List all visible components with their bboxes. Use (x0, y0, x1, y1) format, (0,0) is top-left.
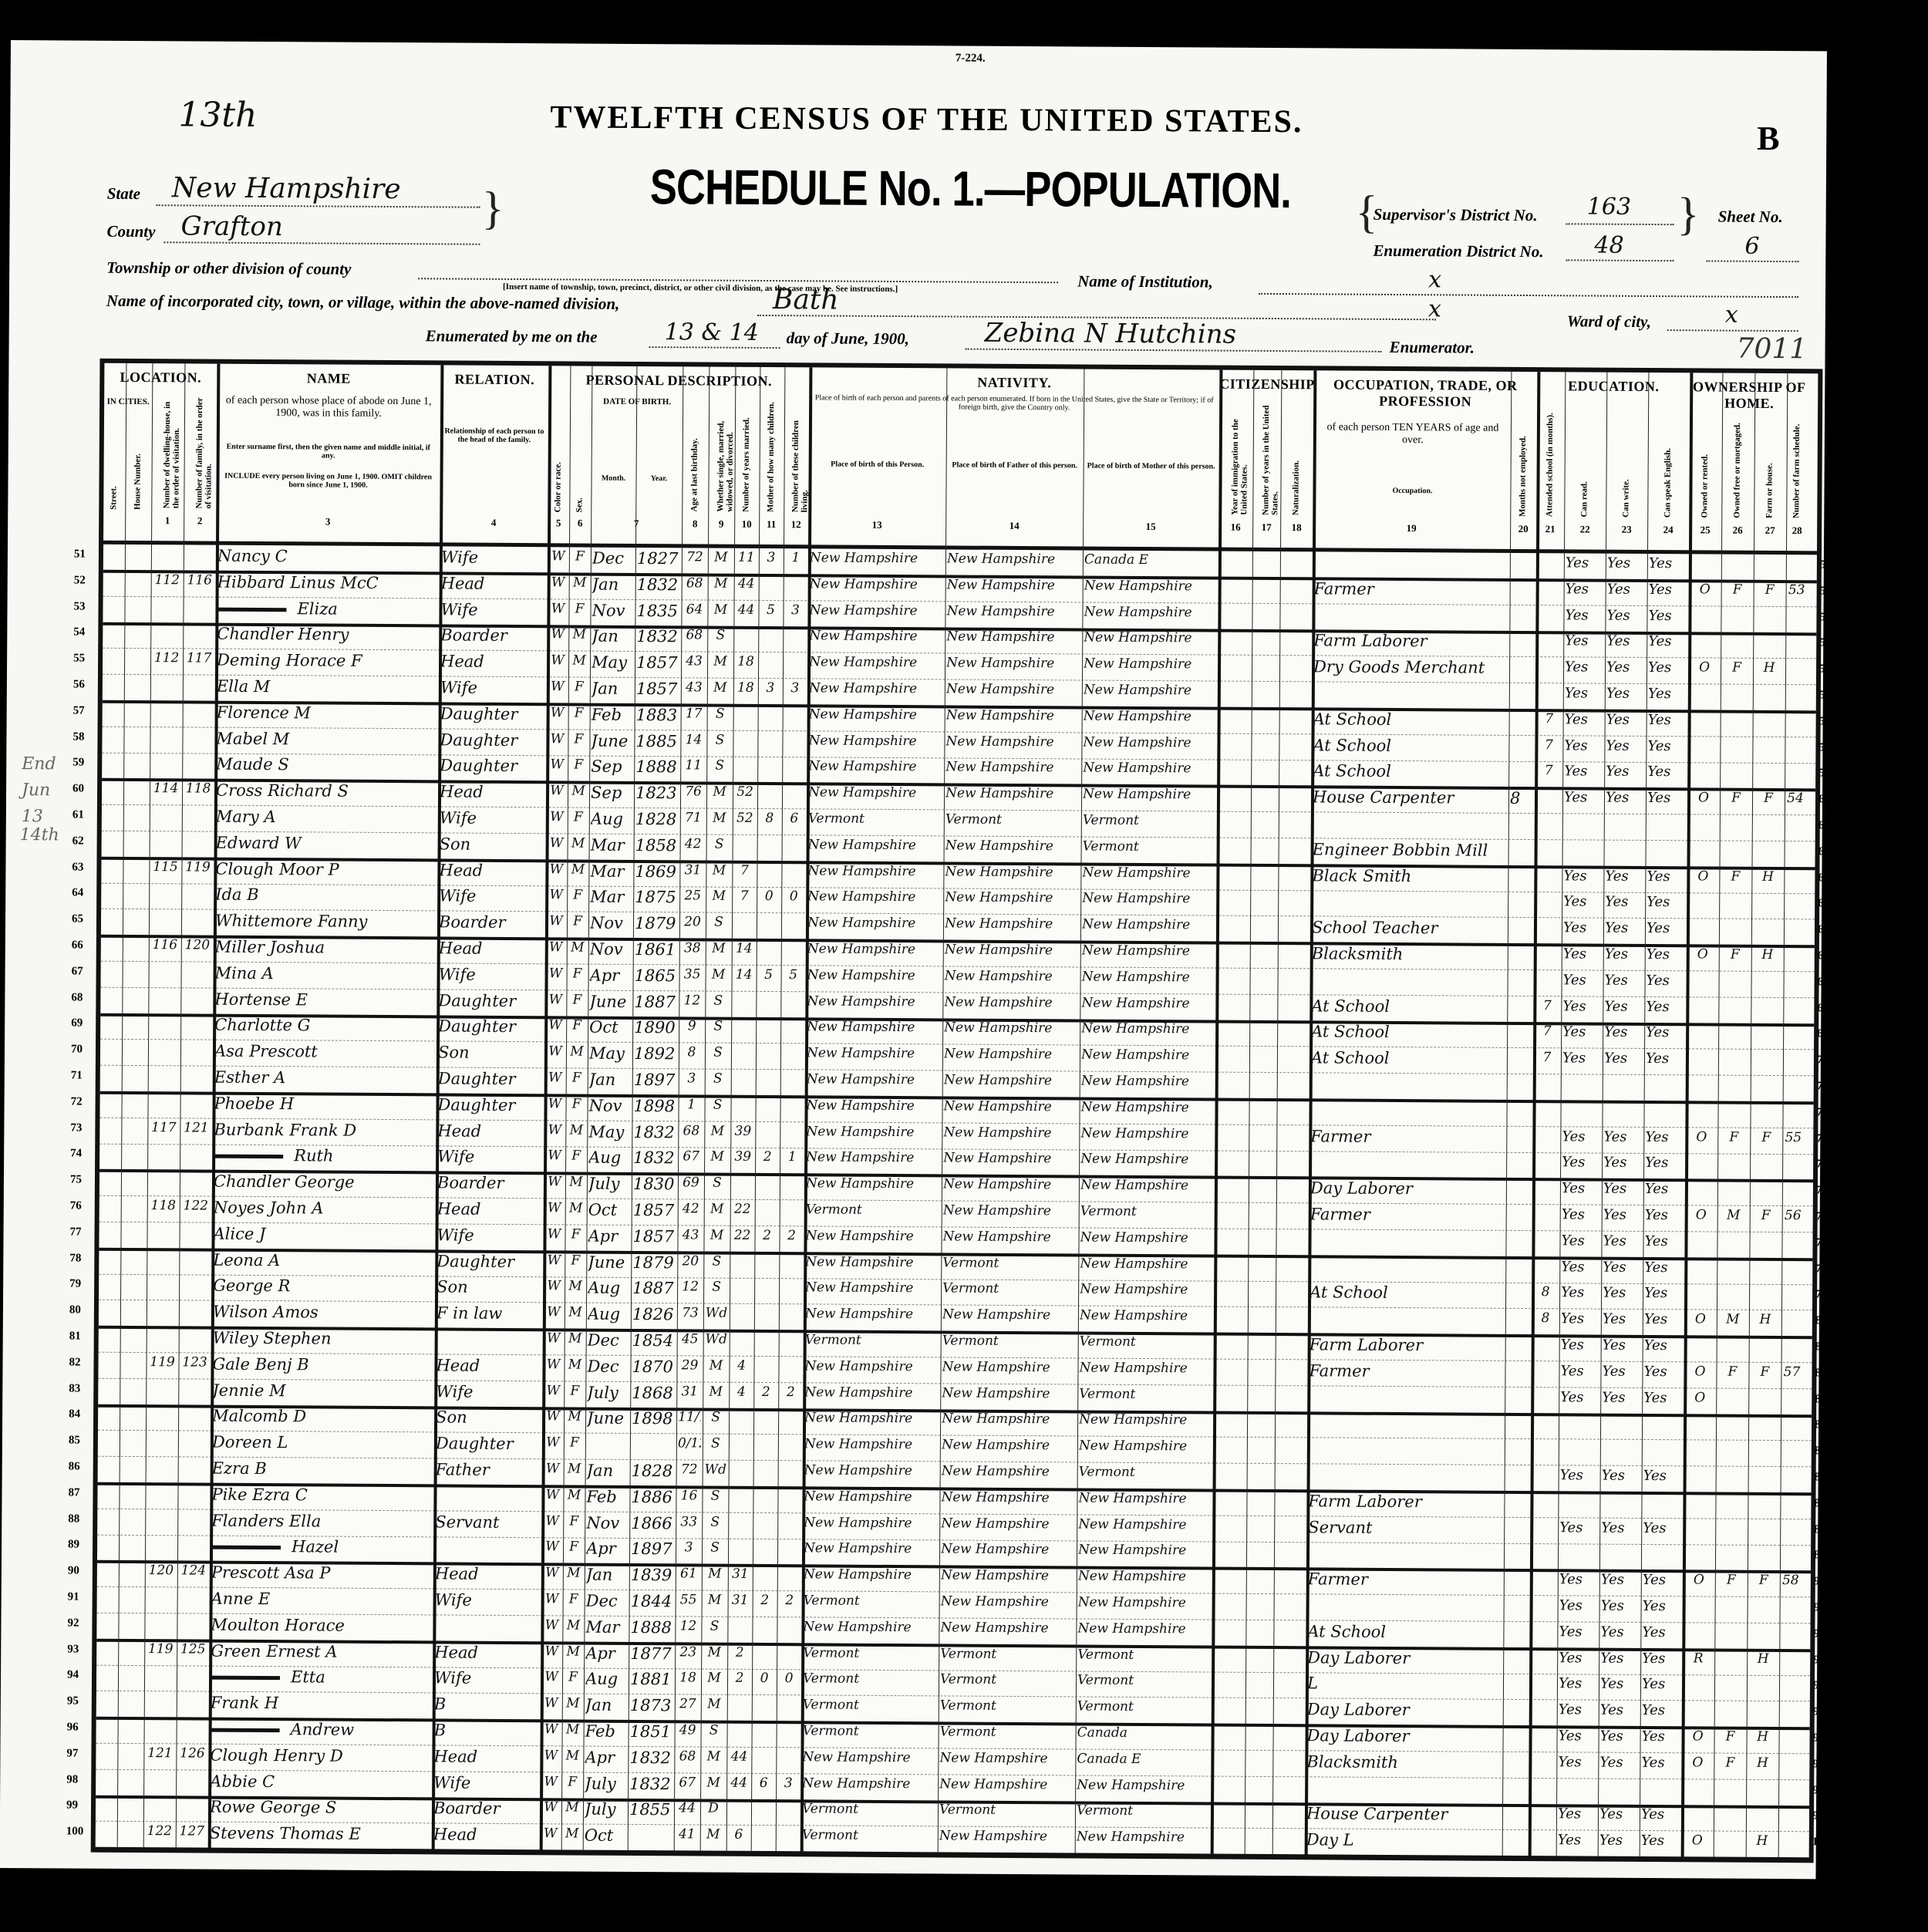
column-number: 6 (569, 517, 591, 529)
cell-occupation: At School (1313, 710, 1508, 730)
cell-read: Yes (1561, 1310, 1599, 1327)
cell-year: 1887 (632, 1279, 676, 1297)
group-name: NAME (217, 370, 440, 388)
cell-write: Yes (1600, 1702, 1639, 1718)
cell-name: Mabel M (216, 729, 436, 749)
line-number-right: 70 (1817, 1054, 1829, 1067)
cell-speak: Yes (1647, 920, 1685, 936)
cell-pob: New Hampshire (807, 915, 942, 932)
cell-pob-mother: New Hampshire (1081, 1021, 1214, 1037)
cell-mother-of: 2 (754, 1593, 776, 1608)
header-can-read: Can read. (1579, 403, 1589, 517)
cell-marital: S (703, 1540, 726, 1556)
cell-pob-father: New Hampshire (945, 733, 1080, 750)
column-number: 14 (945, 519, 1083, 532)
given-name: Andrew (291, 1720, 355, 1739)
column-number: 17 (1252, 521, 1280, 534)
cell-marital: S (703, 1514, 726, 1529)
cell-month: Apr (585, 1748, 626, 1766)
cell-occupation: At School (1307, 1622, 1502, 1642)
cell-living: 0 (783, 889, 804, 905)
cell-occupation (1312, 970, 1506, 972)
sheet-letter: B (1757, 119, 1780, 158)
cell-relation: Daughter (438, 1069, 543, 1088)
cell-pob: New Hampshire (805, 1228, 939, 1244)
cell-write: Yes (1602, 1363, 1640, 1379)
cell-name: Alice J (213, 1224, 433, 1244)
cell-pob: New Hampshire (810, 576, 944, 592)
cell-read: Yes (1562, 1206, 1600, 1222)
cell-pob: New Hampshire (804, 1358, 939, 1374)
cell-free: F (1722, 660, 1751, 676)
cell-write: Yes (1600, 1623, 1639, 1640)
cell-sex: F (565, 1383, 584, 1398)
cell-read: Yes (1563, 894, 1602, 910)
cell-write: Yes (1603, 1155, 1642, 1171)
cell-sex: M (569, 835, 588, 851)
cell-year: 1857 (633, 1201, 676, 1219)
cell-pob-father: New Hampshire (944, 1047, 1078, 1063)
cell-name: Andrew (211, 1720, 431, 1740)
cell-name: Rowe George S (210, 1798, 430, 1818)
header-immigration: Year of immigration to the United States… (1230, 401, 1249, 515)
cell-relation: Wife (439, 965, 544, 984)
line-number-right: 54 (1819, 637, 1831, 650)
cell-month: Aug (591, 810, 632, 828)
cell-pob: New Hampshire (804, 1462, 939, 1479)
group-citizenship: CITIZENSHIP. (1219, 376, 1313, 393)
cell-sex: F (568, 1018, 586, 1033)
cell-sex: M (564, 1721, 582, 1737)
cell-pob-mother: New Hampshire (1083, 760, 1215, 777)
cell-yrs-married: 14 (733, 967, 755, 983)
occupation-label: Occupation. (1316, 486, 1508, 496)
line-number-right: 74 (1816, 1158, 1828, 1172)
cell-sex: M (563, 1748, 581, 1763)
cell-age: 42 (679, 1201, 703, 1216)
cell-relation: Wife (440, 600, 545, 619)
cell-age: 0/12 (678, 1436, 701, 1452)
cell-mother-of: 6 (753, 1775, 774, 1791)
cell-name: Abbie C (210, 1772, 430, 1792)
header-farm-schedule: Number of farm schedule. (1791, 404, 1802, 518)
line-number-right: 84 (1815, 1419, 1826, 1432)
cell-own: O (1688, 868, 1717, 884)
cell-month: July (587, 1383, 629, 1401)
cell-read: Yes (1562, 998, 1601, 1014)
line-number-left: 62 (72, 835, 84, 848)
cell-relation: B (434, 1695, 539, 1715)
cell-sex: F (568, 1096, 586, 1111)
cell-month: Mar (590, 888, 632, 906)
group-relation: RELATION. (440, 371, 548, 388)
cell-speak: Yes (1649, 555, 1687, 572)
cell-name: Malcomb D (212, 1407, 433, 1427)
cell-month: June (589, 992, 631, 1010)
cell-name: Gale Benj B (212, 1354, 433, 1374)
cell-occupation: Farmer (1309, 1361, 1503, 1381)
cell-sex: M (566, 1305, 585, 1320)
cell-speak: Yes (1645, 1207, 1684, 1223)
column-number: 8 (682, 518, 708, 530)
line-number-left: 85 (69, 1435, 80, 1448)
cell-month: Nov (592, 601, 633, 619)
cell-month: Feb (586, 1487, 628, 1505)
cell-year: 1827 (637, 549, 680, 568)
cell-pob-father: Vermont (945, 811, 1080, 828)
cell-relation: Daughter (436, 1435, 541, 1454)
cell-occupation (1314, 605, 1508, 607)
supervisor-value: 163 (1587, 193, 1631, 220)
cell-color: W (546, 1096, 565, 1111)
cell-relation: Boarder (439, 913, 544, 932)
cell-marital: M (707, 941, 730, 956)
line-number-left: 91 (68, 1590, 79, 1603)
cell-color: W (541, 1774, 560, 1789)
cell-schedule: 54 (1786, 791, 1805, 806)
cell-pob-mother: New Hampshire (1080, 1151, 1213, 1168)
header-attended-school: Attended school (in months). (1545, 403, 1555, 517)
ward-label: Ward of city, (1567, 312, 1651, 332)
line-number-left: 95 (67, 1695, 79, 1708)
cell-pob-mother: New Hampshire (1081, 995, 1214, 1011)
cell-color: W (544, 1279, 563, 1294)
cell-sex: M (567, 1175, 585, 1190)
cell-mother-of: 3 (760, 550, 782, 565)
cell-speak: Yes (1648, 608, 1687, 624)
cell-color: W (541, 1826, 560, 1841)
cell-pob-father: New Hampshire (947, 551, 1081, 567)
cell-relation: Head (441, 574, 546, 593)
cell-pob: New Hampshire (807, 941, 942, 957)
cell-year: 1839 (631, 1566, 674, 1584)
cell-write: Yes (1606, 659, 1645, 676)
line-number-left: 90 (68, 1565, 79, 1578)
cell-write: Yes (1603, 1181, 1642, 1197)
line-number-right: 95 (1813, 1706, 1825, 1719)
ward-line (1667, 329, 1798, 332)
cell-marital: S (704, 1436, 727, 1452)
column-number: 27 (1754, 524, 1786, 537)
header-marital: Whether single, married, widowed, or div… (716, 398, 735, 512)
cell-yrs-married: 14 (733, 941, 755, 956)
cell-marital: S (708, 758, 731, 774)
cell-sex: F (570, 705, 588, 720)
cell-relation: Wife (433, 1773, 538, 1792)
cell-pob: New Hampshire (802, 1749, 936, 1765)
line-number-left: 99 (66, 1799, 78, 1812)
cell-pob: Vermont (806, 1202, 940, 1218)
cell-month: Sep (591, 784, 632, 802)
cell-color: W (546, 1018, 565, 1033)
cell-occupation (1313, 814, 1507, 815)
cell-name: Ella M (217, 677, 437, 697)
cell-occupation: School Teacher (1312, 919, 1506, 939)
right-line-numbers: 5151525253535454555556565757585859596060… (11, 40, 1827, 51)
cell-year: 1832 (633, 1123, 676, 1141)
cell-pob: New Hampshire (807, 1020, 941, 1036)
cell-age: 69 (679, 1175, 703, 1191)
line-number-left: 65 (72, 913, 83, 926)
cell-pob: New Hampshire (808, 785, 942, 801)
cell-age: 29 (678, 1357, 701, 1373)
cell-write: Yes (1606, 711, 1645, 727)
cell-occupation (1306, 1779, 1501, 1780)
given-name: Etta (291, 1668, 325, 1687)
cell-speak: Yes (1645, 1155, 1684, 1171)
cell-month: Mar (590, 861, 632, 880)
cell-age: 33 (677, 1514, 700, 1529)
county-line (163, 241, 480, 245)
cell-write: Yes (1603, 1285, 1641, 1301)
cell-marital: M (703, 1697, 726, 1712)
cell-own: O (1690, 660, 1719, 676)
cell-living: 5 (783, 967, 804, 983)
cell-color: W (548, 757, 566, 773)
cell-write: Yes (1602, 1389, 1640, 1405)
cell-pob-mother: New Hampshire (1084, 656, 1216, 673)
given-name: Eliza (297, 599, 338, 618)
cell-pob: New Hampshire (807, 993, 941, 1010)
header-house: House Number. (133, 448, 142, 510)
cell-occupation (1313, 683, 1508, 685)
top-annotation: 13th (178, 95, 257, 135)
cell-year: 1870 (632, 1357, 675, 1376)
cell-free: M (1719, 1208, 1748, 1223)
cell-month: Dec (587, 1357, 629, 1375)
cell-month: Sep (591, 757, 632, 776)
cell-pob: New Hampshire (805, 1307, 939, 1323)
cell-write: Yes (1606, 686, 1645, 702)
state-line (157, 204, 480, 208)
cell-relation: Daughter (436, 1252, 541, 1271)
cell-read: Yes (1562, 1024, 1601, 1040)
cell-pob-father: New Hampshire (943, 1151, 1077, 1167)
cell-color: W (546, 1044, 565, 1059)
cell-occupation (1312, 892, 1506, 894)
cell-month: July (585, 1800, 626, 1819)
cell-pob-mother: Vermont (1077, 1673, 1210, 1689)
cell-color: W (543, 1487, 561, 1502)
cell-write: Yes (1605, 972, 1643, 988)
cell-pob-father: New Hampshire (942, 1463, 1076, 1479)
enumerated-days: 13 & 14 (665, 319, 759, 346)
cell-write: Yes (1599, 1754, 1638, 1770)
cell-name: Whittemore Fanny (215, 912, 436, 932)
cell-marital: S (706, 1097, 730, 1112)
header-naturalization: Naturalization. (1291, 401, 1301, 515)
cell-color: W (544, 1383, 562, 1398)
cell-own: R (1684, 1650, 1713, 1666)
cell-pob-father: Vermont (939, 1802, 1074, 1819)
cell-color: W (547, 888, 565, 903)
same-surname-dash (211, 1728, 280, 1733)
cell-month: Nov (586, 1513, 628, 1532)
cell-marital: M (704, 1357, 727, 1373)
cell-occupation (1309, 1440, 1503, 1441)
line-number-left: 92 (67, 1617, 79, 1630)
given-name: Ruth (294, 1147, 333, 1165)
cell-pob-father: New Hampshire (946, 629, 1080, 646)
line-number-left: 88 (68, 1512, 79, 1526)
cell-farm: H (1751, 1312, 1780, 1327)
cell-free: F (1721, 947, 1750, 963)
cell-write: Yes (1603, 1259, 1641, 1275)
cell-schedule: 53 (1788, 582, 1806, 598)
cell-sex: M (563, 1826, 581, 1842)
cell-name: Anne E (211, 1590, 432, 1610)
cell-speak: Yes (1643, 1520, 1681, 1536)
cell-mother-of: 5 (758, 967, 780, 983)
cell-pob-father: New Hampshire (941, 1489, 1075, 1505)
cell-color: W (542, 1721, 561, 1737)
cell-own: O (1683, 1833, 1712, 1848)
cell-pob-father: New Hampshire (939, 1750, 1074, 1766)
cell-name: Burbank Frank D (214, 1120, 434, 1140)
county-value: Grafton (180, 211, 283, 242)
cell-color: W (543, 1591, 561, 1607)
cell-month: Nov (590, 914, 632, 932)
line-number-left: 94 (67, 1669, 79, 1682)
sheet-label: Sheet No. (1718, 207, 1783, 228)
cell-write: Yes (1606, 737, 1644, 754)
cell-read: Yes (1565, 711, 1603, 727)
cell-name: Wilson Amos (213, 1303, 433, 1323)
cell-own: O (1690, 582, 1720, 597)
cell-month: Mar (591, 835, 632, 854)
cell-read: Yes (1560, 1467, 1599, 1483)
cell-relation: Head (437, 1199, 542, 1219)
name-instructions: Enter surname first, then the given name… (220, 443, 437, 461)
cell-marital: M (707, 888, 730, 904)
cell-month: July (585, 1774, 626, 1792)
cell-speak: Yes (1642, 1676, 1680, 1692)
cell-speak: Yes (1647, 868, 1685, 885)
cell-age: 12 (676, 1618, 699, 1634)
cell-marital: M (707, 862, 730, 878)
cell-age: 67 (676, 1775, 699, 1790)
cell-pob-father: New Hampshire (947, 577, 1081, 593)
cell-age: 45 (679, 1331, 702, 1347)
cell-dwelling: 114 (151, 781, 180, 796)
cell-dwelling: 121 (145, 1745, 174, 1761)
cell-pob-mother: New Hampshire (1083, 787, 1215, 803)
cell-pob-mother: New Hampshire (1082, 917, 1215, 933)
line-number-left: 75 (70, 1174, 82, 1187)
cell-own: O (1685, 1364, 1714, 1379)
header-dwelling: Number of dwelling-house, in the order o… (162, 394, 181, 508)
cell-marital: M (702, 1748, 725, 1764)
same-surname-dash (211, 1676, 280, 1681)
cell-pob-mother: New Hampshire (1078, 1569, 1211, 1585)
cell-read: Yes (1563, 868, 1602, 884)
cell-free: F (1717, 1364, 1747, 1379)
cell-pob-father: New Hampshire (943, 1124, 1077, 1141)
cell-dwelling: 117 (149, 1120, 178, 1135)
cell-name: Prescott Asa P (211, 1563, 432, 1583)
state-value: New Hampshire (172, 172, 401, 205)
line-number-right: 65 (1818, 924, 1829, 937)
city-label: Name of incorporated city, town, or vill… (106, 292, 620, 314)
cell-pob: Vermont (803, 1698, 937, 1714)
cell-relation: Head (433, 1747, 538, 1766)
cell-color: W (547, 861, 565, 877)
pob-father-label: Place of birth of Father of this person. (949, 460, 1080, 470)
cell-own: O (1688, 946, 1717, 962)
cell-pob-mother: New Hampshire (1081, 1099, 1214, 1115)
margin-note-end-june-13: End Jun 13 (22, 751, 76, 830)
cell-color: W (545, 1174, 564, 1189)
line-number-right: 87 (1814, 1497, 1825, 1510)
cell-speak: Yes (1647, 973, 1685, 989)
column-number: 16 (1218, 521, 1252, 534)
cell-speak: Yes (1647, 894, 1685, 910)
cell-pob: New Hampshire (806, 1124, 940, 1140)
cell-read: Yes (1559, 1701, 1597, 1718)
cell-own: O (1686, 1311, 1715, 1327)
cell-age: 68 (676, 1748, 699, 1764)
cell-pob-mother: New Hampshire (1082, 891, 1215, 907)
cell-read: Yes (1559, 1650, 1597, 1666)
cell-schedule: 57 (1782, 1364, 1801, 1380)
cell-yrs-married: 7 (733, 888, 755, 904)
cell-name: Doreen L (212, 1433, 433, 1453)
cell-pob-mother: New Hampshire (1080, 1282, 1212, 1298)
cell-write: Yes (1601, 1572, 1640, 1588)
cell-year: 1890 (634, 1018, 677, 1037)
cell-sex: F (568, 992, 586, 1007)
cell-family: 125 (178, 1641, 207, 1657)
cell-year: 1898 (632, 1409, 675, 1428)
cell-year: 1879 (635, 914, 678, 932)
cell-yrs-married: 44 (728, 1775, 750, 1790)
brace: } (1677, 187, 1699, 241)
cell-pob: New Hampshire (805, 1280, 939, 1296)
cell-marital: S (706, 1071, 730, 1087)
line-number-left: 97 (66, 1747, 78, 1760)
cell-year: 1832 (629, 1775, 672, 1793)
cell-name: Eliza (217, 598, 437, 619)
cell-year: 1857 (632, 1227, 676, 1246)
cell-year: 1832 (636, 627, 679, 646)
cell-dwelling: 112 (152, 650, 181, 666)
header-owned-rented: Owned or rented. (1700, 403, 1710, 518)
cell-speak: Yes (1647, 738, 1686, 754)
column-number: 12 (784, 518, 808, 531)
line-number-right: 76 (1816, 1210, 1828, 1223)
cell-age: 27 (676, 1696, 699, 1711)
cell-year: 1832 (629, 1748, 672, 1767)
cell-relation: Wife (440, 808, 544, 828)
cell-name: Cross Richard S (216, 781, 436, 801)
cell-marital: S (704, 1410, 727, 1425)
cell-pob: New Hampshire (804, 1515, 938, 1531)
cell-speak: Yes (1646, 1050, 1684, 1067)
cell-family: 123 (180, 1354, 209, 1370)
cell-name: Etta (211, 1667, 431, 1688)
line-number-right: 100 (1812, 1836, 1830, 1849)
cell-write: Yes (1607, 555, 1646, 572)
cell-month: Apr (586, 1539, 628, 1558)
cell-age: 43 (679, 1227, 702, 1242)
cell-marital: D (702, 1801, 725, 1816)
cell-sex: F (565, 1539, 583, 1555)
cell-pob: New Hampshire (806, 1176, 940, 1192)
cell-relation: Head (439, 861, 544, 880)
cell-pob: Vermont (805, 1332, 939, 1348)
cell-pob-father: New Hampshire (942, 1438, 1076, 1454)
cell-occupation (1310, 1153, 1505, 1155)
